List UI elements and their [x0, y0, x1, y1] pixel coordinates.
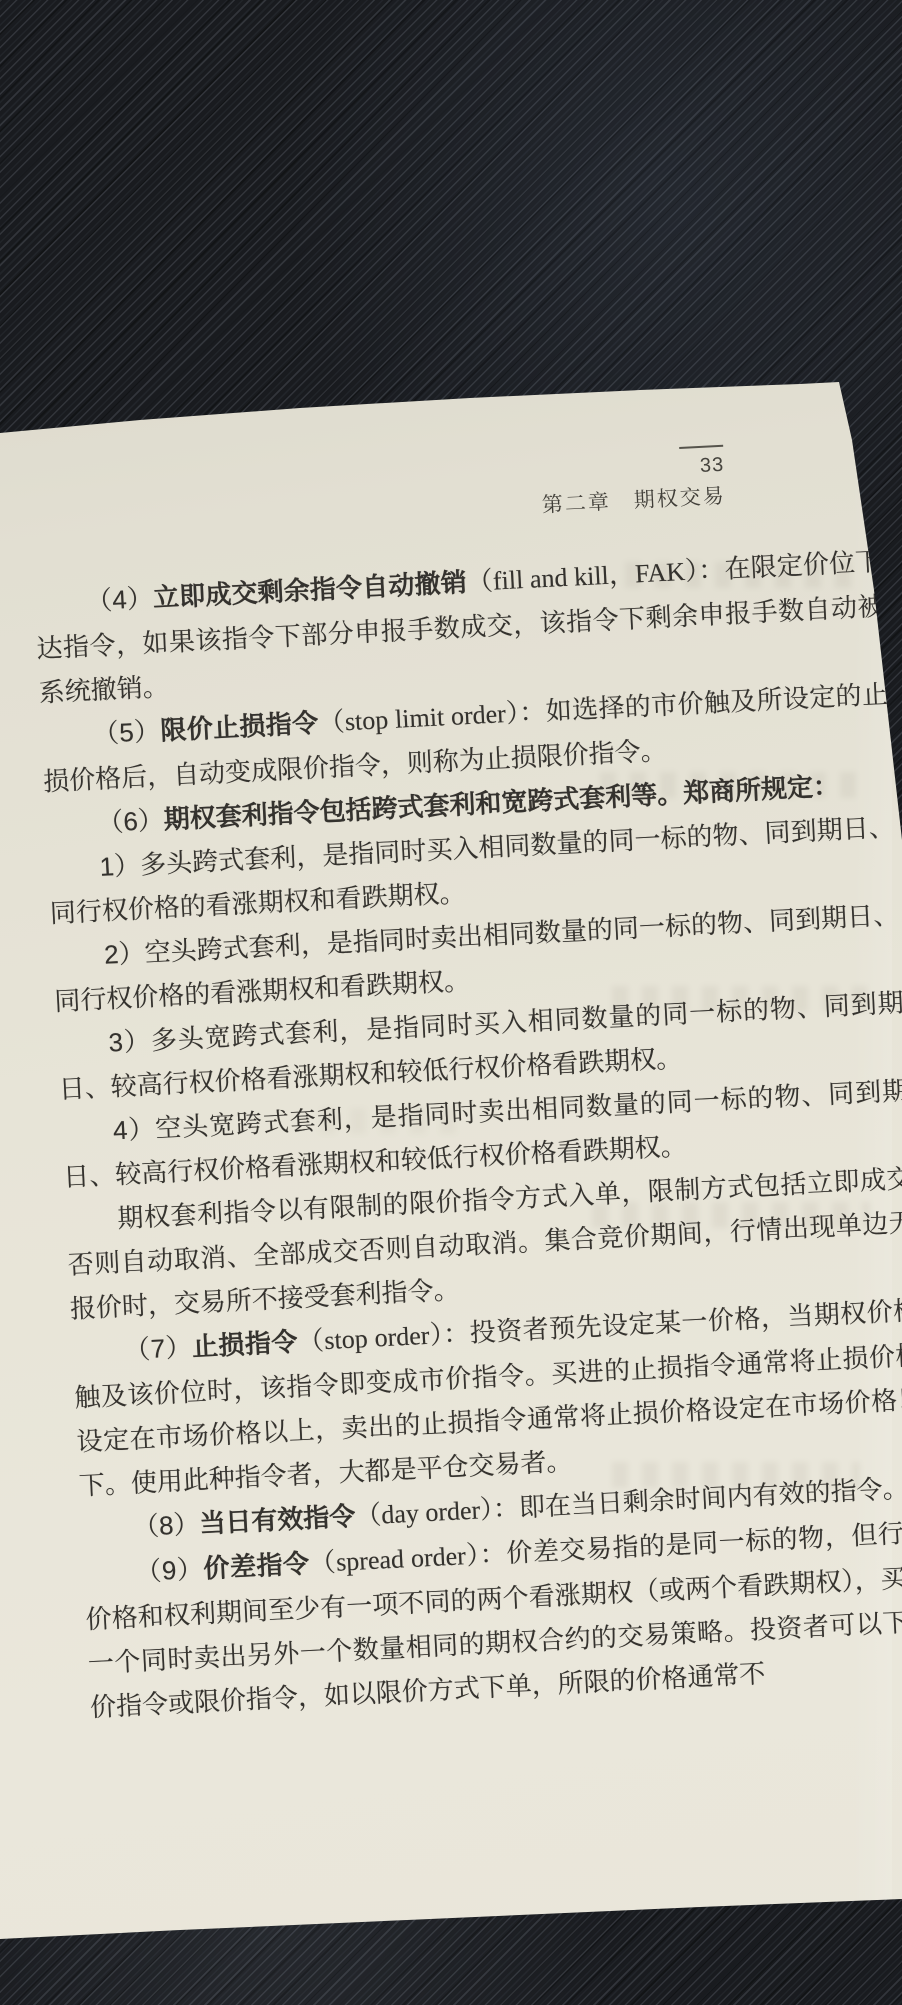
text-run: 价差指令	[203, 1548, 311, 1583]
text-run: 当日有效指令	[199, 1501, 356, 1539]
text-run: （	[466, 566, 494, 597]
text-run: spread order	[335, 1541, 466, 1577]
text-run: day order	[381, 1495, 481, 1529]
text-run: （5）	[92, 716, 161, 749]
text-run: ）：价差交易指的是同一标的物，但行权价格和权利期间至少有一项不同的两个看涨期权（…	[85, 1517, 902, 1723]
text-run: stop limit order	[344, 699, 506, 736]
text-run: （7）	[123, 1332, 192, 1365]
page-number-rule	[679, 445, 723, 449]
text-run: （	[318, 706, 346, 737]
running-head: 33 第二章 期权交易	[28, 437, 878, 546]
text-run: （8）	[132, 1509, 200, 1542]
text-run: （9）	[135, 1554, 205, 1587]
text-run: （4）	[85, 583, 153, 616]
text-run: （6）	[97, 805, 165, 838]
text-run: 立即成交剩余指令自动撤销	[152, 567, 467, 613]
text-run: （	[309, 1547, 337, 1578]
page-content: 33 第二章 期权交易 （4）立即成交剩余指令自动撤销（fill and kil…	[28, 437, 902, 1729]
photo-scene: 33 第二章 期权交易 （4）立即成交剩余指令自动撤销（fill and kil…	[0, 0, 902, 2005]
text-run: 止损指令	[191, 1326, 298, 1361]
text-run: ）：投资者预先设定某一价格，当期权价格触及该价位时，该指令即变成市价指令。买进的…	[74, 1295, 902, 1501]
text-run: （	[355, 1499, 383, 1530]
text-run: stop order	[324, 1321, 431, 1355]
body-text: （4）立即成交剩余指令自动撤销（fill and kill，FAK）：在限定价位…	[33, 539, 902, 1729]
text-run: fill and kill，FAK	[492, 557, 686, 596]
text-run: 限价止损指令	[160, 708, 320, 746]
text-run: （	[297, 1325, 325, 1356]
